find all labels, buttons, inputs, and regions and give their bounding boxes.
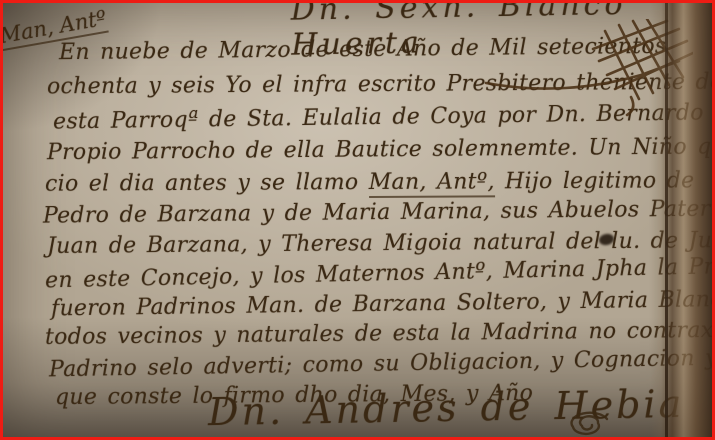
- record-line-2: ochenta y seis Yo el infra escrito Presb…: [47, 70, 715, 100]
- record-line-6: Pedro de Barzana y de Maria Marina, sus …: [43, 196, 715, 228]
- record-line-11: Padrino selo adverti; como su Obligacion…: [49, 345, 715, 383]
- priest-signature: Dn. Andres de Hebia: [208, 382, 685, 434]
- manuscript-photo: Man, Antº Dn. Sexn. Blanco Huerta En nue…: [0, 0, 715, 440]
- record-line-7: Juan de Barzana, y Theresa Migoia natura…: [47, 228, 715, 259]
- record-line-5: cio el dia antes y se llamo Man, Antº, H…: [45, 168, 695, 196]
- record-line-8: en este Concejo, y los Maternos Antº, Ma…: [45, 254, 715, 294]
- child-name-underlined: Man, Antº,: [369, 169, 495, 198]
- record-line-10: todos vecinos y naturales de esta la Mad…: [45, 317, 715, 350]
- name-line-prefix: cio el dia antes y se llamo: [45, 170, 369, 197]
- record-line-1: En nuebe de Marzo de este Año de Mil set…: [59, 34, 667, 65]
- page-edge-crease: [665, 3, 668, 437]
- record-line-3: esta Parroqª de Sta. Eulalia de Coya por…: [53, 98, 715, 134]
- page-binding-edge: [650, 3, 712, 437]
- record-line-4: Propio Parrocho de ella Bautice solemnem…: [47, 134, 715, 165]
